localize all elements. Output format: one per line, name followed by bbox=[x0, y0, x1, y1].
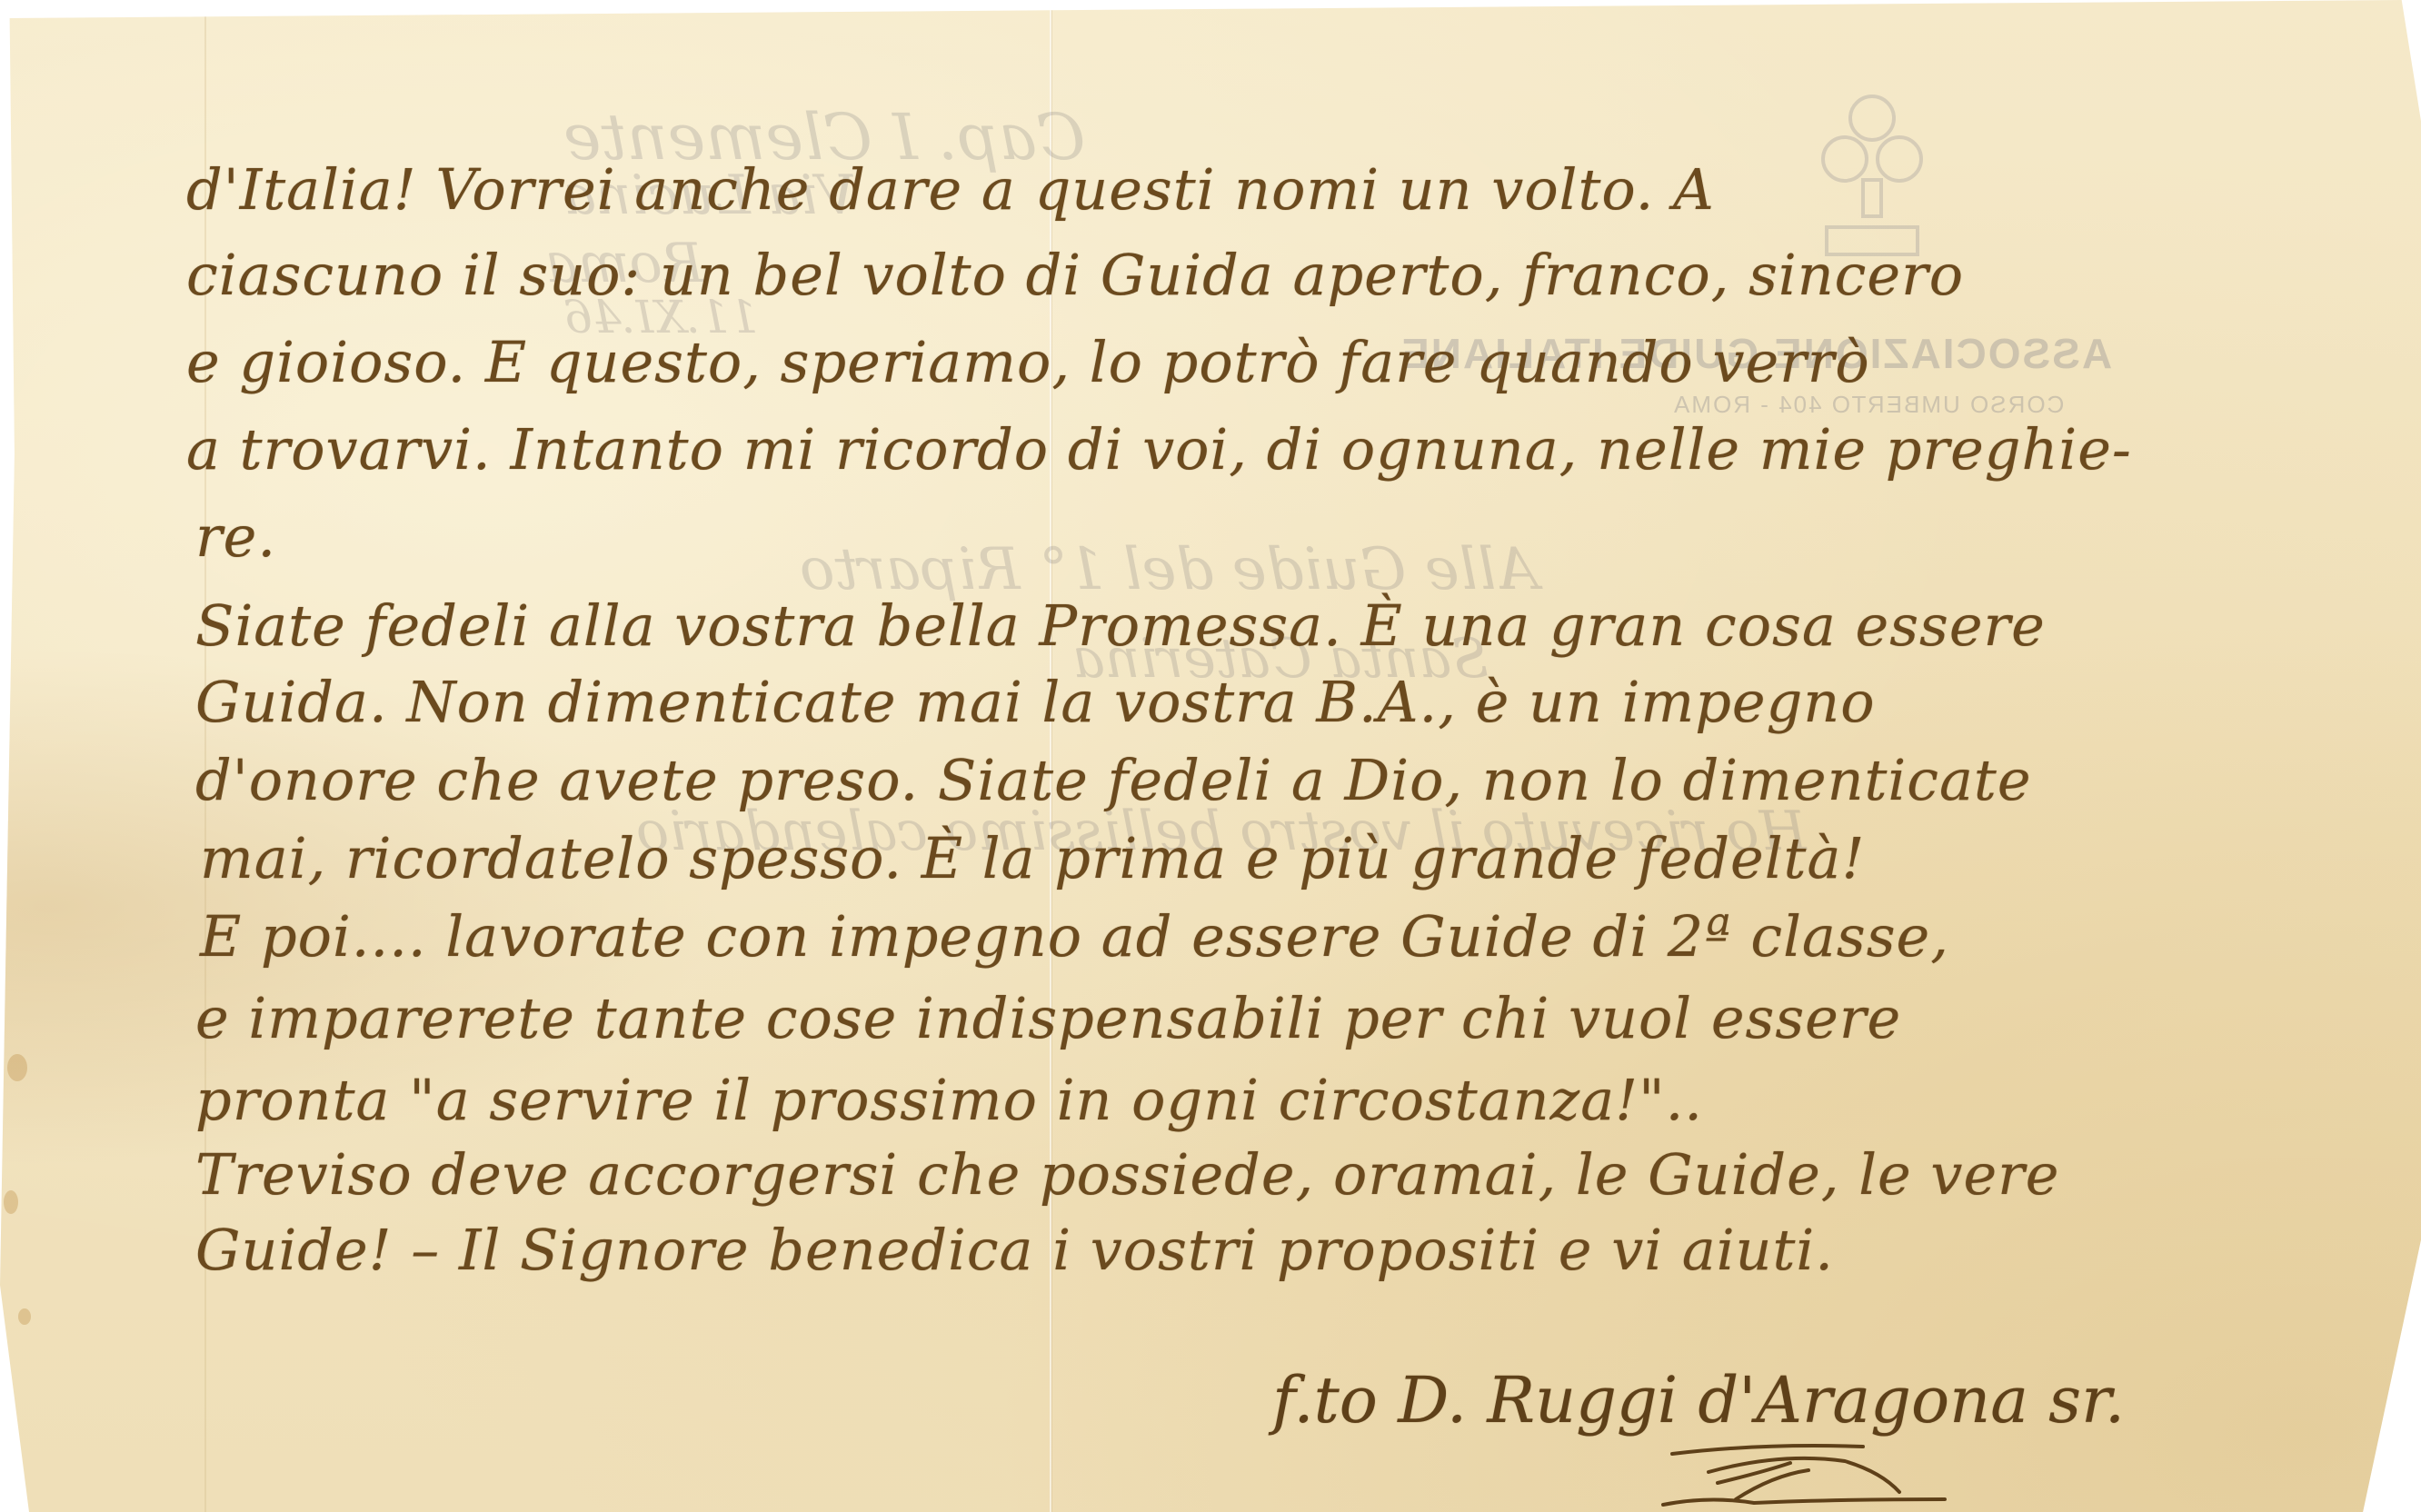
letter-line-12: pronta "a servire il prossimo in ogni ci… bbox=[195, 1072, 1703, 1129]
signature-flourish-drawing-icon bbox=[1654, 1436, 1954, 1508]
age-stain bbox=[18, 1308, 31, 1325]
letter-line-6: Siate fedeli alla vostra bella Promessa.… bbox=[195, 598, 2046, 654]
letter-line-11: e imparerete tante cose indispensabili p… bbox=[195, 990, 1901, 1047]
letter-line-2: ciascuno il suo: un bel volto di Guida a… bbox=[186, 247, 1964, 303]
signature: f.to D. Ruggi d'Aragona sr. bbox=[1272, 1363, 2125, 1437]
letter-line-5: re. bbox=[195, 509, 276, 565]
letter-line-3: e gioioso. E questo, speriamo, lo potrò … bbox=[186, 334, 1870, 391]
letter-paper: ASSOCIAZIONE GUIDE ITALIANE CORSO UMBERT… bbox=[0, 0, 2421, 1512]
letter-line-8: d'onore che avete preso. Siate fedeli a … bbox=[195, 752, 2032, 809]
letter-line-4: a trovarvi. Intanto mi ricordo di voi, d… bbox=[186, 422, 2132, 478]
age-stain bbox=[7, 1054, 27, 1081]
letter-line-13: Treviso deve accorgersi che possiede, or… bbox=[195, 1147, 2059, 1203]
letter-line-9: mai, ricordatelo spesso. È la prima e pi… bbox=[200, 831, 1865, 887]
age-stain bbox=[4, 1190, 18, 1214]
letter-line-1: d'Italia! Vorrei anche dare a questi nom… bbox=[186, 162, 1715, 218]
letter-line-14: Guide! – Il Signore benedica i vostri pr… bbox=[195, 1222, 1834, 1278]
letter-line-10: E poi.... lavorate con impegno ad essere… bbox=[200, 909, 1949, 965]
letter-line-7: Guida. Non dimenticate mai la vostra B.A… bbox=[195, 674, 1876, 731]
